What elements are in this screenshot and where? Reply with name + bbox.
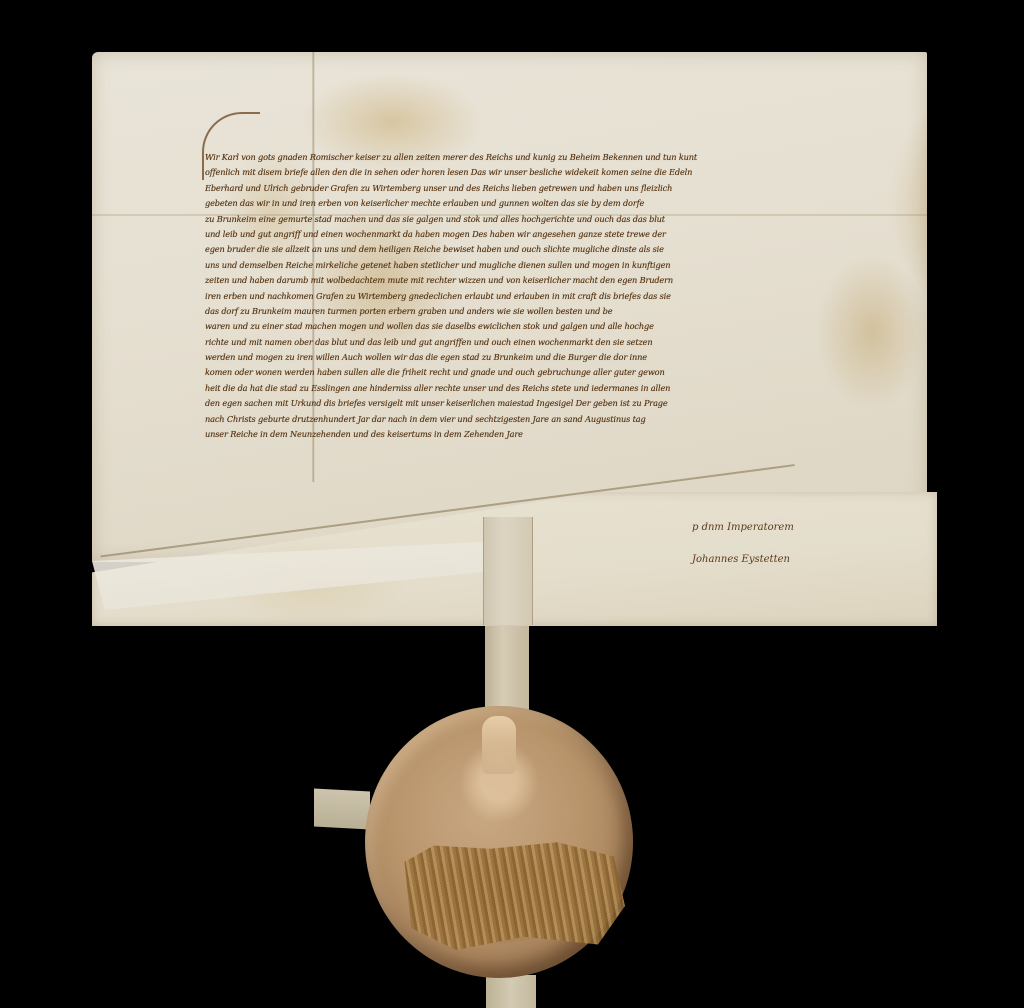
- text-line: Eberhard und Ulrich gebruder Grafen zu W…: [205, 181, 825, 196]
- text-line: richte und mit namen ober das blut und d…: [205, 335, 825, 350]
- seal-damaged-area: [400, 840, 625, 950]
- signature-line-2: Johannes Eystetten: [692, 547, 794, 573]
- text-line: werden und mogen zu iren willen Auch wol…: [205, 350, 825, 365]
- text-line: zeiten und haben darumb mit wolbedachtem…: [205, 273, 825, 288]
- text-line: nach Christs geburte drutzenhundert Jar …: [205, 412, 825, 427]
- seal-enthroned-figure: [482, 716, 516, 774]
- signature-line-1: p dnm Imperatorem: [692, 515, 794, 541]
- text-line: waren und zu einer stad machen mogen und…: [205, 319, 825, 334]
- text-line: iren erben und nachkomen Grafen zu Wirte…: [205, 289, 825, 304]
- text-line: das dorf zu Brunkeim mauren turmen porte…: [205, 304, 825, 319]
- text-line: unser Reiche in dem Neunzehenden und des…: [205, 427, 825, 442]
- charter-document: Wir Karl von gots gnaden Romischer keise…: [0, 0, 1024, 1008]
- text-line: egen bruder die sie allzeit an uns und d…: [205, 242, 825, 257]
- text-line: Wir Karl von gots gnaden Romischer keise…: [205, 150, 825, 165]
- text-line: komen oder wonen werden haben sullen all…: [205, 365, 825, 380]
- seal-strap-side: [314, 789, 370, 830]
- seal-strap-upper: [483, 517, 533, 625]
- text-line: offenlich mit disem briefe allen den die…: [205, 165, 825, 180]
- seal-strap-lower: [485, 626, 529, 716]
- chancery-signature: p dnm Imperatorem Johannes Eystetten: [692, 515, 794, 573]
- text-line: gebeten das wir in und iren erben von ke…: [205, 196, 825, 211]
- text-line: den egen sachen mit Urkund dis briefes v…: [205, 396, 825, 411]
- seal-strap-bottom: [486, 975, 536, 1008]
- text-line: heit die da hat die stad zu Esslingen an…: [205, 381, 825, 396]
- text-line: und leib und gut angriff und einen woche…: [205, 227, 825, 242]
- charter-text: Wir Karl von gots gnaden Romischer keise…: [205, 150, 825, 442]
- text-line: zu Brunkeim eine gemurte stad machen und…: [205, 212, 825, 227]
- text-line: uns und demselben Reiche mirkeliche gete…: [205, 258, 825, 273]
